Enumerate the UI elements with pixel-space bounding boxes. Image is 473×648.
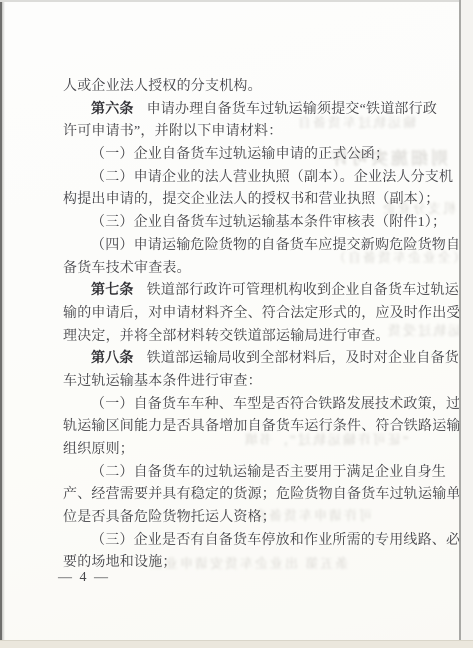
article-number: 第六条 bbox=[91, 102, 134, 117]
text-line: 产、经营需要并具有稳定的货源；危险货物自备货车过轨运输单 bbox=[63, 484, 449, 507]
scan-margin-bottom bbox=[0, 641, 473, 648]
text-line: 组织原则； bbox=[63, 439, 449, 462]
text-line-item-4: （四）申请运输危险货物的自备货车应提交新购危险货物自 bbox=[63, 235, 449, 258]
text-line: 位是否具备危险货物托运人资格； bbox=[63, 507, 449, 530]
text-line-article-8: 第八条铁道部运输局收到全部材料后，及时对企业自备货 bbox=[63, 348, 449, 371]
text-line: 轨运输区间能力是否具备增加自备货车运行条件、符合铁路运输 bbox=[63, 416, 449, 439]
text-line: 许可申请书”，并附以下申请材料： bbox=[63, 121, 449, 144]
text-line: 车过轨运输基本条件进行审查： bbox=[63, 371, 449, 394]
article-text: 申请办理自备货车过轨运输须提交“铁道部行政 bbox=[147, 102, 437, 117]
article-text: 铁道部运输局收到全部材料后，及时对企业自备货 bbox=[147, 351, 459, 366]
text-line-article-6: 第六条申请办理自备货车过轨运输须提交“铁道部行政 bbox=[63, 99, 449, 122]
article-text: 铁道部行政许可管理机构收到企业自备货车过轨运 bbox=[147, 283, 459, 298]
text-line: 输的申请后，对申请材料齐全、符合法定形式的，应及时作出受 bbox=[63, 303, 449, 326]
text-line: 人或企业法人授权的分支机构。 bbox=[63, 76, 449, 99]
text-line: 构提出申请的，提交企业法人的授权书和营业执照（副本）； bbox=[63, 189, 449, 212]
scan-margin-right bbox=[461, 0, 473, 648]
text-line-item-2: （二）申请企业的法人营业执照（副本）。企业法人分支机 bbox=[63, 167, 449, 190]
article-number: 第八条 bbox=[91, 351, 134, 366]
text-line-item-2: （二）自备货车的过轨运输是否主要用于满足企业自身生 bbox=[63, 462, 449, 485]
document-body: 人或企业法人授权的分支机构。 第六条申请办理自备货车过轨运输须提交“铁道部行政 … bbox=[63, 76, 449, 575]
text-line: 理决定，并将全部材料转交铁道部运输局进行审查。 bbox=[63, 326, 449, 349]
scan-edge-left-shadow bbox=[2, 0, 5, 648]
text-line: 要的场地和设施； bbox=[63, 552, 449, 575]
scan-edge-top bbox=[0, 0, 473, 2]
text-line-item-3: （三）企业自备货车过轨运输基本条件审核表（附件1）； bbox=[63, 212, 449, 235]
text-line-item-1: （一）企业自备货车过轨运输申请的正式公函； bbox=[63, 144, 449, 167]
article-number: 第七条 bbox=[91, 283, 134, 298]
text-line-item-1: （一）自备货车车种、车型是否符合铁路发展技术政策，过 bbox=[63, 394, 449, 417]
text-line-article-7: 第七条铁道部行政许可管理机构收到企业自备货车过轨运 bbox=[63, 280, 449, 303]
scanned-document-page: 输运轨过车货备自 则细施实可许 机支分业企 （全业企车货备自） 运轨过受货 “证… bbox=[0, 0, 473, 648]
page-number: — 4 — bbox=[58, 570, 110, 586]
text-line: 备货车技术审查表。 bbox=[63, 258, 449, 281]
text-line-item-3: （三）企业是否有自备货车停放和作业所需的专用线路、必 bbox=[63, 530, 449, 553]
